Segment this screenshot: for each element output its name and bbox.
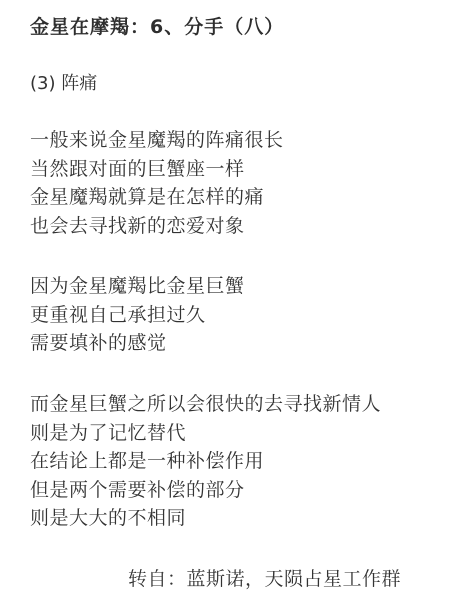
text-line: 则是大大的不相同 xyxy=(30,504,381,533)
text-line: 在结论上都是一种补偿作用 xyxy=(30,447,381,476)
paragraph-3: 而金星巨蟹之所以会很快的去寻找新情人 则是为了记忆替代 在结论上都是一种补偿作用… xyxy=(30,390,381,533)
text-line: 金星魔羯就算是在怎样的痛 xyxy=(30,183,284,212)
text-line: 则是为了记忆替代 xyxy=(30,419,381,448)
text-line: 但是两个需要补偿的部分 xyxy=(30,476,381,505)
text-line: 因为金星魔羯比金星巨蟹 xyxy=(30,272,245,301)
paragraph-1: 一般来说金星魔羯的阵痛很长 当然跟对面的巨蟹座一样 金星魔羯就算是在怎样的痛 也… xyxy=(30,126,284,240)
text-line: 也会去寻找新的恋爱对象 xyxy=(30,212,284,241)
text-line: 当然跟对面的巨蟹座一样 xyxy=(30,155,284,184)
source-attribution: 转自：蓝斯诺，天陨占星工作群 xyxy=(128,564,401,591)
paragraph-2: 因为金星魔羯比金星巨蟹 更重视自己承担过久 需要填补的感觉 xyxy=(30,272,245,358)
text-line: 一般来说金星魔羯的阵痛很长 xyxy=(30,126,284,155)
text-line: 需要填补的感觉 xyxy=(30,329,245,358)
text-line: 更重视自己承担过久 xyxy=(30,301,245,330)
document-title: 金星在摩羯：6、分手（八） xyxy=(30,12,284,39)
section-heading: (3) 阵痛 xyxy=(30,69,97,95)
text-line: 而金星巨蟹之所以会很快的去寻找新情人 xyxy=(30,390,381,419)
